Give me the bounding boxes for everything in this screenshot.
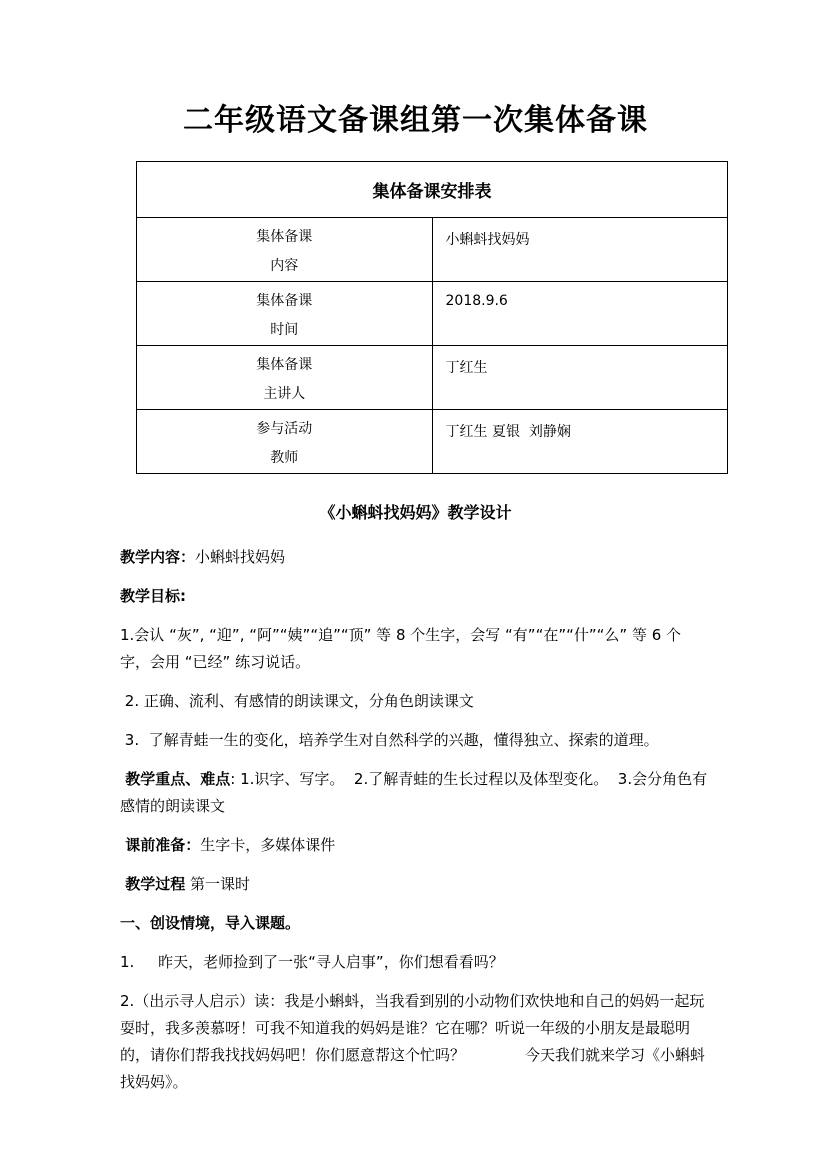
row-value: 2018.9.6 — [432, 282, 728, 346]
section1-heading: 一、创设情境，导入课题。 — [120, 910, 711, 937]
schedule-table: 集体备课安排表 集体备课 内容 小蝌蚪找妈妈 集体备课 时间 2018.9.6 — [136, 161, 728, 474]
row-label: 集体备课 时间 — [137, 282, 433, 346]
row-label-line1: 集体备课 — [137, 351, 432, 380]
document-page: 二年级语文备课组第一次集体备课 集体备课安排表 集体备课 内容 小蝌蚪找妈妈 集… — [0, 0, 827, 1170]
row-label: 集体备课 内容 — [137, 218, 433, 282]
teaching-content-value: 小蝌蚪找妈妈 — [195, 548, 285, 566]
table-row: 集体备课 内容 小蝌蚪找妈妈 — [137, 218, 728, 282]
teaching-goals-label: 教学目标: — [120, 583, 711, 610]
row-value: 小蝌蚪找妈妈 — [432, 218, 728, 282]
row-label: 集体备课 主讲人 — [137, 346, 433, 410]
row-label-line1: 参与活动 — [137, 415, 432, 444]
preparation: 课前准备：生字卡，多媒体课件 — [120, 832, 711, 859]
table-row: 集体备课 时间 2018.9.6 — [137, 282, 728, 346]
table-caption: 集体备课安排表 — [137, 162, 728, 218]
key-points-label: 教学重点、难点 — [120, 770, 230, 788]
table-row: 参与活动 教师 丁红生 夏银 刘静娴 — [137, 410, 728, 474]
row-label-line1: 集体备课 — [137, 287, 432, 316]
row-value: 丁红生 夏银 刘静娴 — [432, 410, 728, 474]
teaching-process-label: 教学过程 — [120, 875, 185, 893]
row-label-line2: 时间 — [137, 316, 432, 345]
preparation-label: 课前准备： — [120, 836, 200, 854]
table-caption-row: 集体备课安排表 — [137, 162, 728, 218]
preparation-value: 生字卡，多媒体课件 — [200, 836, 335, 854]
teaching-process: 教学过程 第一课时 — [120, 871, 711, 898]
teaching-process-value: 第一课时 — [185, 875, 250, 893]
teaching-content: 教学内容：小蝌蚪找妈妈 — [120, 544, 711, 571]
table-row: 集体备课 主讲人 丁红生 — [137, 346, 728, 410]
row-label-line2: 主讲人 — [137, 380, 432, 409]
key-points: 教学重点、难点: 1.识字、写字。 2.了解青蛙的生长过程以及体型变化。 3.会… — [120, 766, 711, 820]
step-item-2: 2.（出示寻人启示）读：我是小蝌蚪，当我看到别的小动物们欢快地和自己的妈妈一起玩… — [120, 988, 711, 1096]
document-content: 二年级语文备课组第一次集体备课 集体备课安排表 集体备课 内容 小蝌蚪找妈妈 集… — [0, 0, 827, 1096]
goal-item-2: 2. 正确、流利、有感情的朗读课文，分角色朗读课文 — [120, 688, 711, 715]
row-label-line1: 集体备课 — [137, 223, 432, 252]
row-value: 丁红生 — [432, 346, 728, 410]
row-label-line2: 内容 — [137, 252, 432, 281]
goal-item-1: 1.会认 “灰”, “迎”, “阿”“姨”“追”“顶” 等 8 个生字，会写 “… — [120, 622, 711, 676]
page-title: 二年级语文备课组第一次集体备课 — [120, 102, 711, 140]
row-label-line2: 教师 — [137, 444, 432, 473]
step-item-1: 1. 昨天，老师捡到了一张“寻人启事”，你们想看看吗？ — [120, 949, 711, 976]
design-heading: 《小蝌蚪找妈妈》教学设计 — [120, 501, 711, 525]
row-label: 参与活动 教师 — [137, 410, 433, 474]
teaching-content-label: 教学内容： — [120, 548, 195, 566]
goal-item-3: 3. 了解青蛙一生的变化，培养学生对自然科学的兴趣，懂得独立、探索的道理。 — [120, 727, 711, 754]
